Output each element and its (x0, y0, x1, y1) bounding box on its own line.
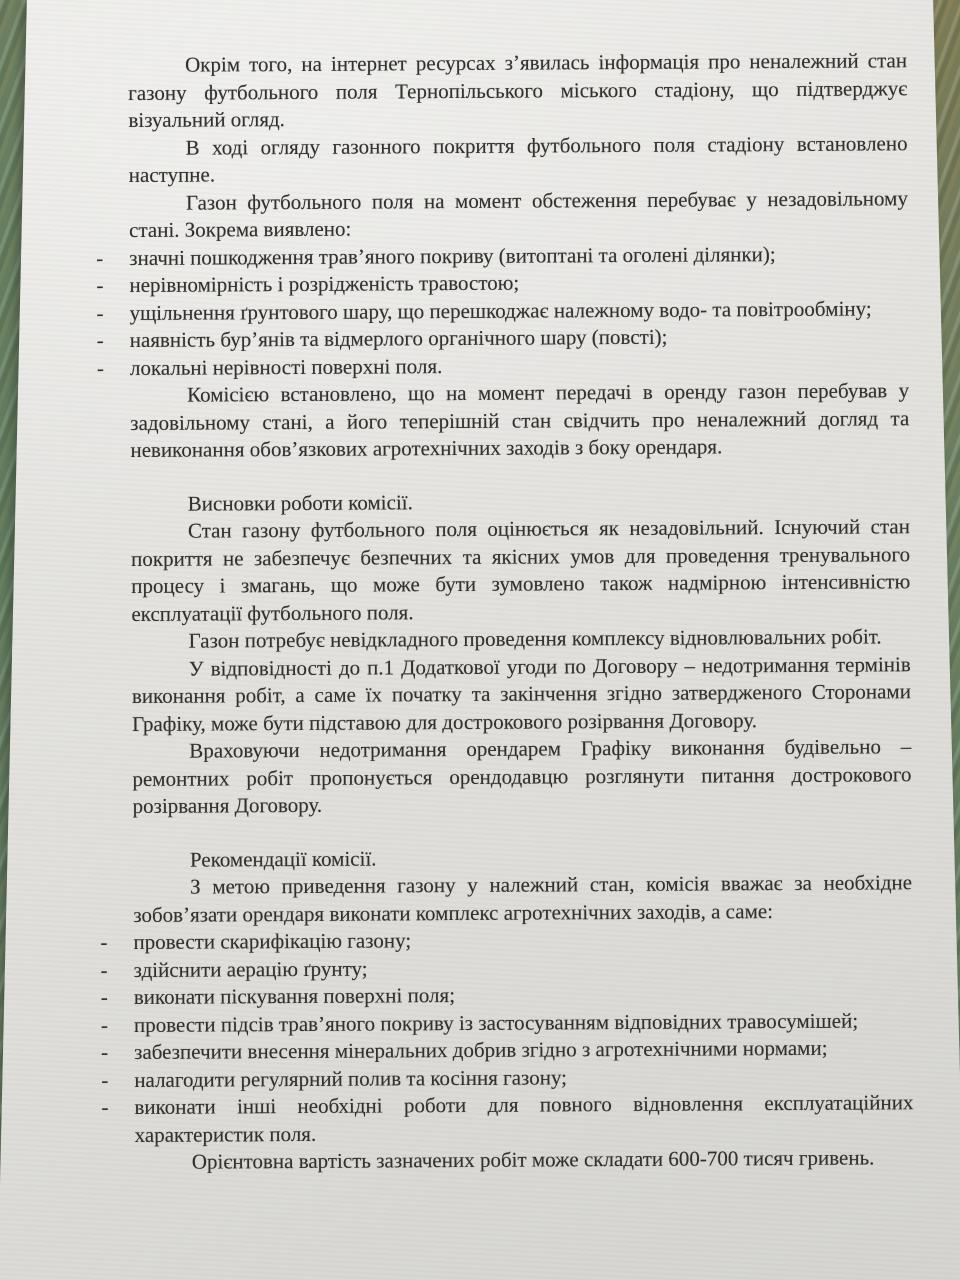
document-body: Окрім того, на інтернет ресурсах з’явила… (128, 47, 914, 1176)
paper-shadow: Окрім того, на інтернет ресурсах з’явила… (0, 0, 960, 1280)
paragraph-estimated-cost: Орієнтовна вартість зазначених робіт мож… (135, 1144, 914, 1176)
paragraph-commission-finding: Комісією встановлено, що на момент перед… (130, 377, 909, 464)
defect-item: локальні нерівності поверхні поля. (130, 350, 909, 382)
paper-sheet: Окрім того, на інтернет ресурсах з’явила… (0, 0, 960, 1280)
paragraph-inspection-intro: В ході огляду газонного покриття футболь… (129, 130, 908, 190)
paragraph-internet-info: Окрім того, на інтернет ресурсах з’явила… (128, 47, 907, 134)
measures-list: провести скарифікацію газону; здійснити … (133, 924, 913, 1149)
defects-list: значні пошкодження трав’яного покриву (в… (129, 240, 909, 382)
paragraph-termination-proposal: Враховуючи недотримання орендарем Графік… (132, 733, 911, 820)
paragraph-contract-clause: У відповідності до п.1 Додаткової угоди … (132, 651, 911, 738)
paragraph-lawn-condition: Газон футбольного поля на момент обстеже… (129, 185, 908, 245)
measure-item: виконати інші необхідні роботи для повно… (134, 1089, 913, 1149)
paragraph-recommendations-intro: З метою приведення газону у належний ста… (133, 869, 912, 929)
paragraph-conclusion-state: Стан газону футбольного поля оцінюється … (131, 513, 911, 628)
paragraph-restoration-need: Газон потребує невідкладного проведення … (132, 623, 911, 655)
